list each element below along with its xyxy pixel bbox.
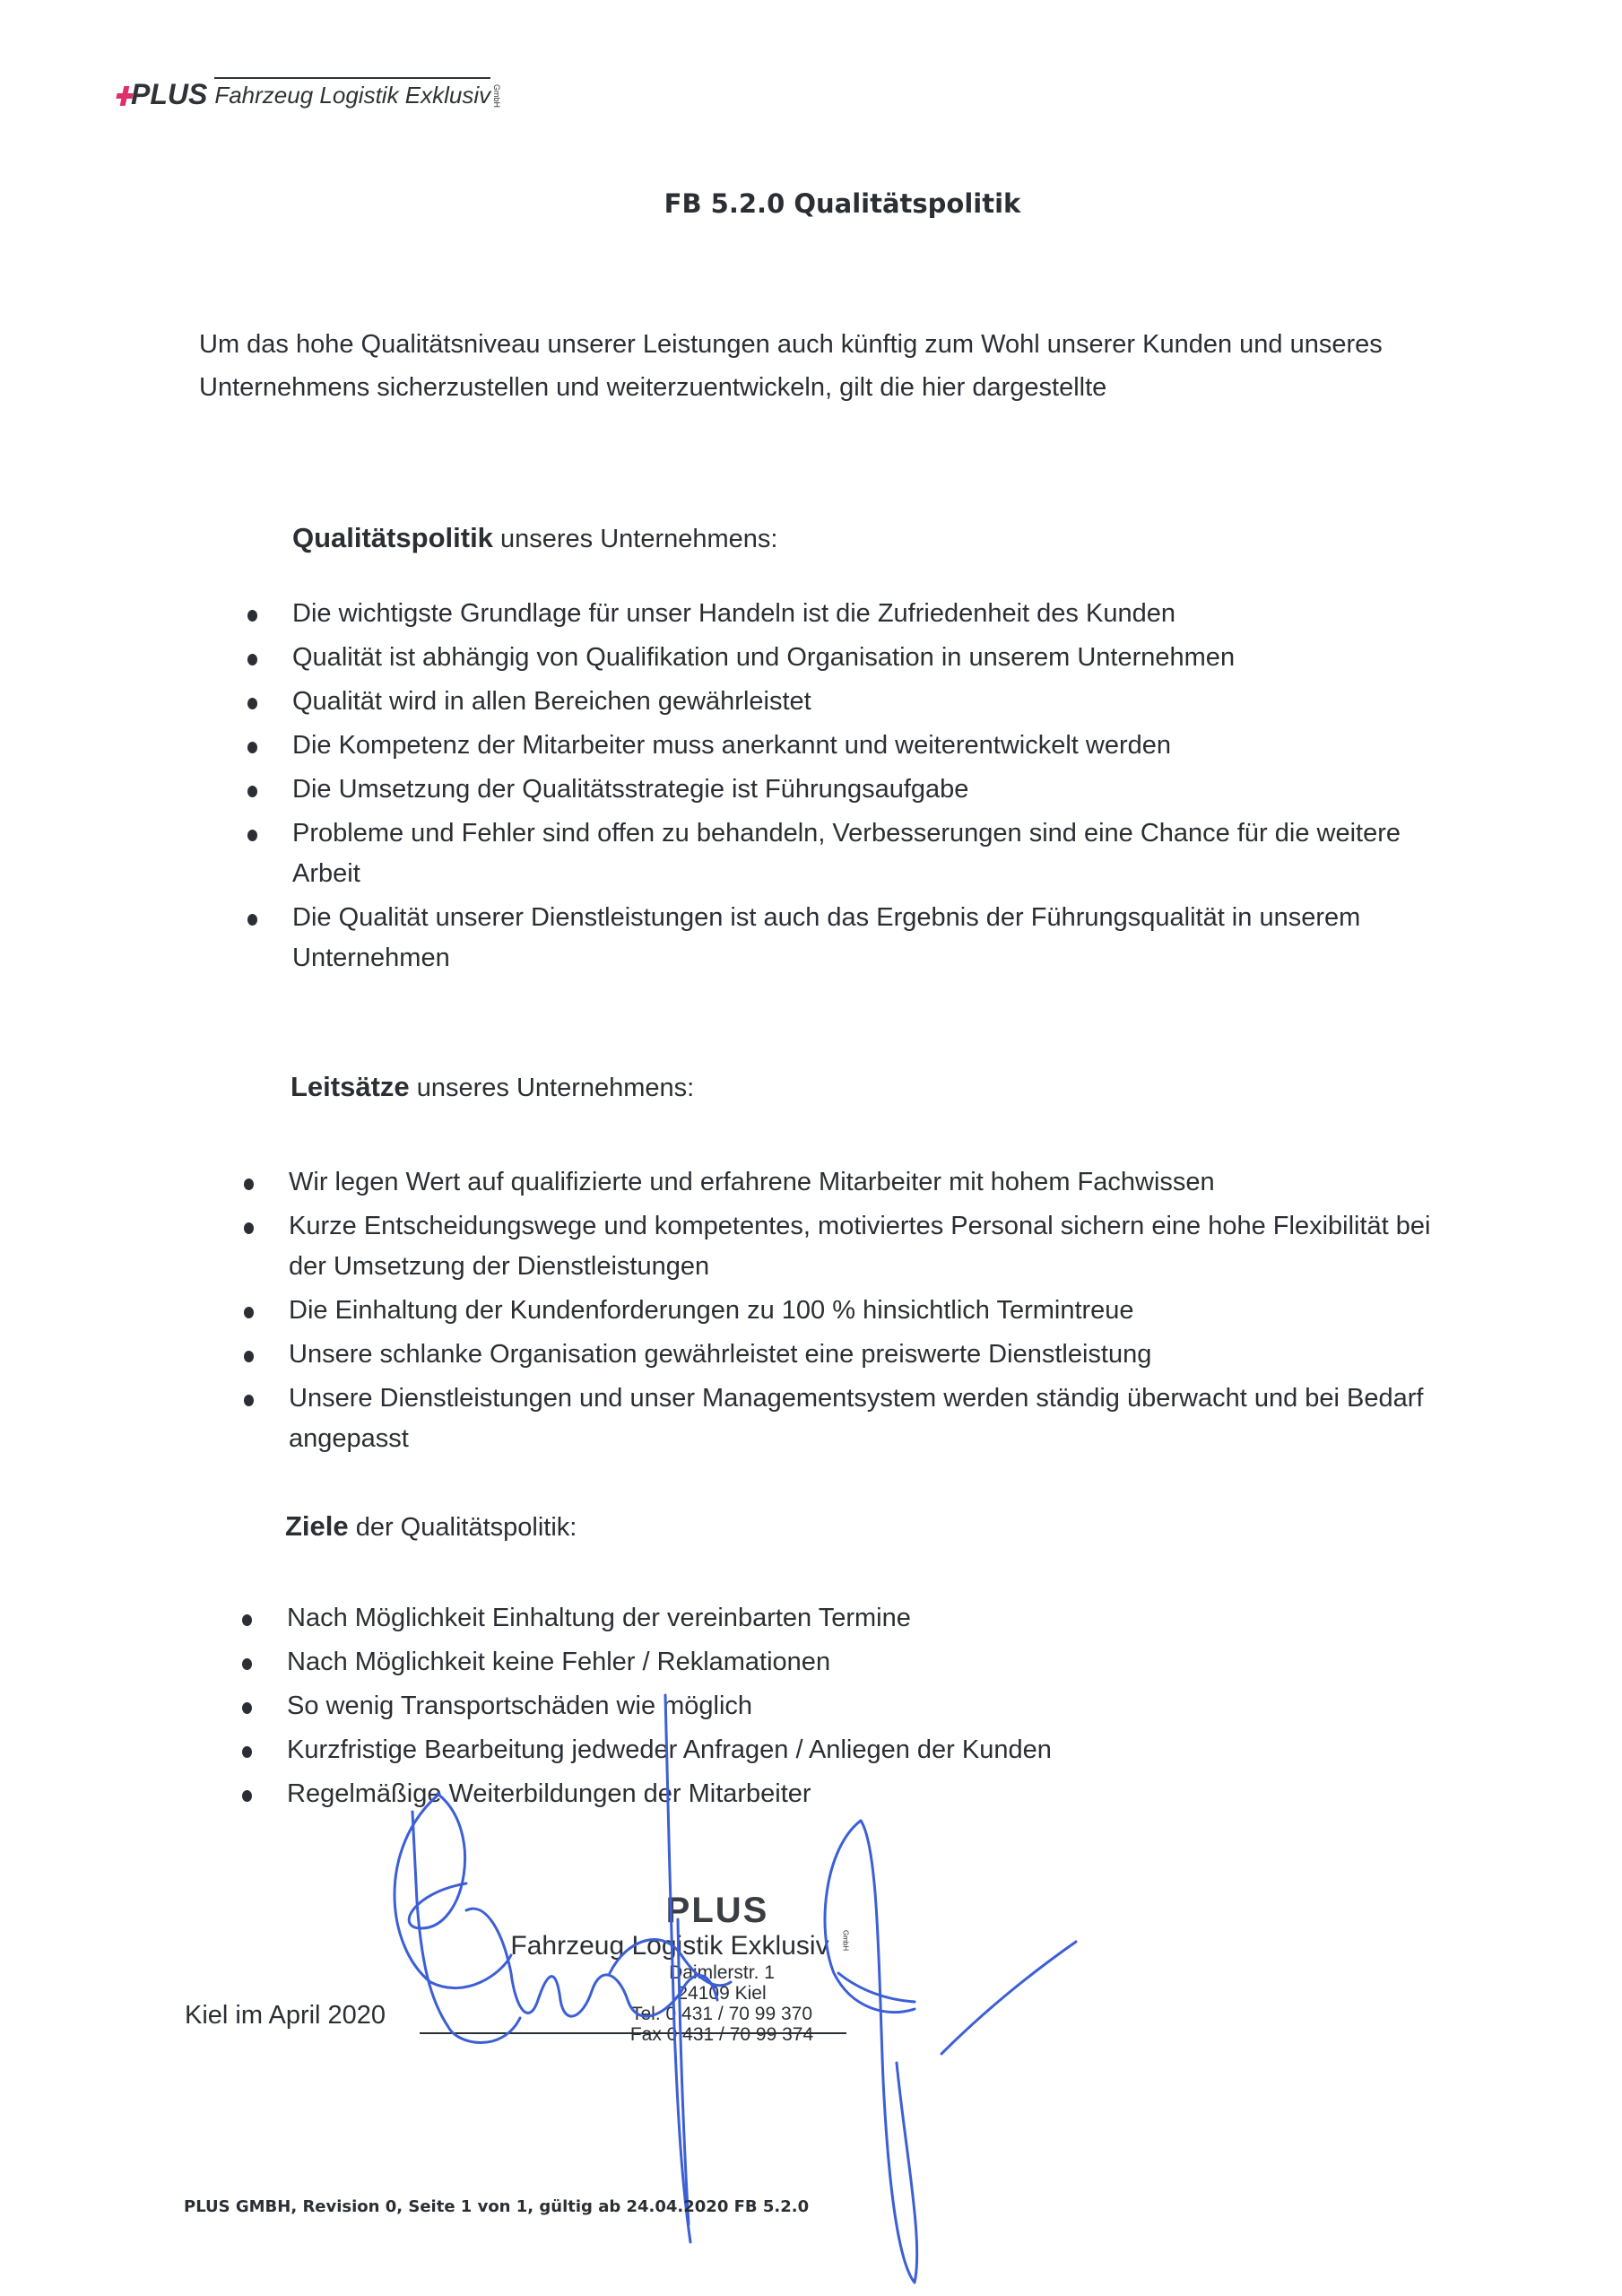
ziele-list: Nach Möglichkeit Einhaltung der vereinba… (239, 1598, 1458, 1818)
section-heading-rest: der Qualitätspolitik: (349, 1513, 577, 1542)
stamp-fax: Fax 0 431 / 70 99 374 (565, 2024, 879, 2045)
section-heading-rest: unseres Unternehmens: (493, 525, 778, 553)
stamp-city: 24109 Kiel (565, 1983, 879, 2004)
list-item: Die Umsetzung der Qualitätsstrategie ist… (244, 770, 1463, 810)
list-item: Unsere schlanke Organisation gewährleist… (240, 1335, 1460, 1375)
stamp-street: Daimlerstr. 1 (565, 1962, 879, 1983)
list-item: So wenig Transportschäden wie möglich (239, 1686, 1458, 1726)
place-date: Kiel im April 2020 (185, 2001, 386, 2031)
qualitaetspolitik-list: Die wichtigste Grundlage für unser Hande… (244, 594, 1463, 982)
logo-brand: PLUS (131, 81, 207, 108)
list-item: Die Kompetenz der Mitarbeiter muss anerk… (244, 726, 1463, 766)
list-item: Kurzfristige Bearbeitung jedweder Anfrag… (239, 1730, 1458, 1770)
list-item: Nach Möglichkeit keine Fehler / Reklamat… (239, 1642, 1458, 1683)
list-item: Die Einhaltung der Kundenforderungen zu … (240, 1291, 1460, 1331)
section-heading-qualitaetspolitik: Qualitätspolitik unseres Unternehmens: (292, 522, 777, 554)
logo-name: Fahrzeug Logistik Exklusiv (214, 77, 490, 108)
document-footer: PLUS GMBH, Revision 0, Seite 1 von 1, gü… (184, 2197, 809, 2216)
stamp-name: Fahrzeug Logistik Exklusiv (510, 1931, 828, 1961)
intro-paragraph: Um das hohe Qualitätsniveau unserer Leis… (199, 323, 1418, 409)
section-heading-bold: Ziele (285, 1510, 349, 1542)
section-heading-bold: Qualitätspolitik (292, 522, 493, 553)
list-item: Die Qualität unserer Dienstleistungen is… (244, 898, 1463, 978)
document-title: FB 5.2.0 Qualitätspolitik (0, 188, 1622, 219)
section-heading-rest: unseres Unternehmens: (410, 1074, 695, 1102)
stamp-suffix: GmbH (829, 1930, 862, 1951)
list-item: Qualität ist abhängig von Qualifikation … (244, 638, 1463, 678)
plus-cross-icon (115, 83, 133, 108)
section-heading-ziele: Ziele der Qualitätspolitik: (285, 1510, 577, 1543)
stamp-name-row: Fahrzeug Logistik ExklusivGmbH (493, 1930, 879, 1962)
company-stamp: PLUS Fahrzeug Logistik ExklusivGmbH Daim… (502, 1891, 879, 2045)
list-item: Nach Möglichkeit Einhaltung der vereinba… (239, 1598, 1458, 1639)
stamp-brand: PLUS (556, 1891, 879, 1930)
list-item: Wir legen Wert auf qualifizierte und erf… (240, 1162, 1460, 1203)
logo-suffix: GmbH (492, 84, 500, 108)
list-item: Die wichtigste Grundlage für unser Hande… (244, 594, 1463, 634)
list-item: Unsere Dienstleistungen und unser Manage… (240, 1378, 1460, 1459)
company-logo: PLUS Fahrzeug Logistik Exklusiv GmbH (115, 77, 500, 108)
list-item: Probleme und Fehler sind offen zu behand… (244, 813, 1463, 894)
list-item: Qualität wird in allen Bereichen gewährl… (244, 682, 1463, 722)
list-item: Regelmäßige Weiterbildungen der Mitarbei… (239, 1774, 1458, 1814)
section-heading-leitsaetze: Leitsätze unseres Unternehmens: (291, 1071, 694, 1103)
list-item: Kurze Entscheidungswege und kompetentes,… (240, 1206, 1460, 1287)
section-heading-bold: Leitsätze (291, 1071, 410, 1102)
leitsaetze-list: Wir legen Wert auf qualifizierte und erf… (240, 1162, 1460, 1463)
stamp-phone: Tel. 0 431 / 70 99 370 (565, 2004, 879, 2024)
